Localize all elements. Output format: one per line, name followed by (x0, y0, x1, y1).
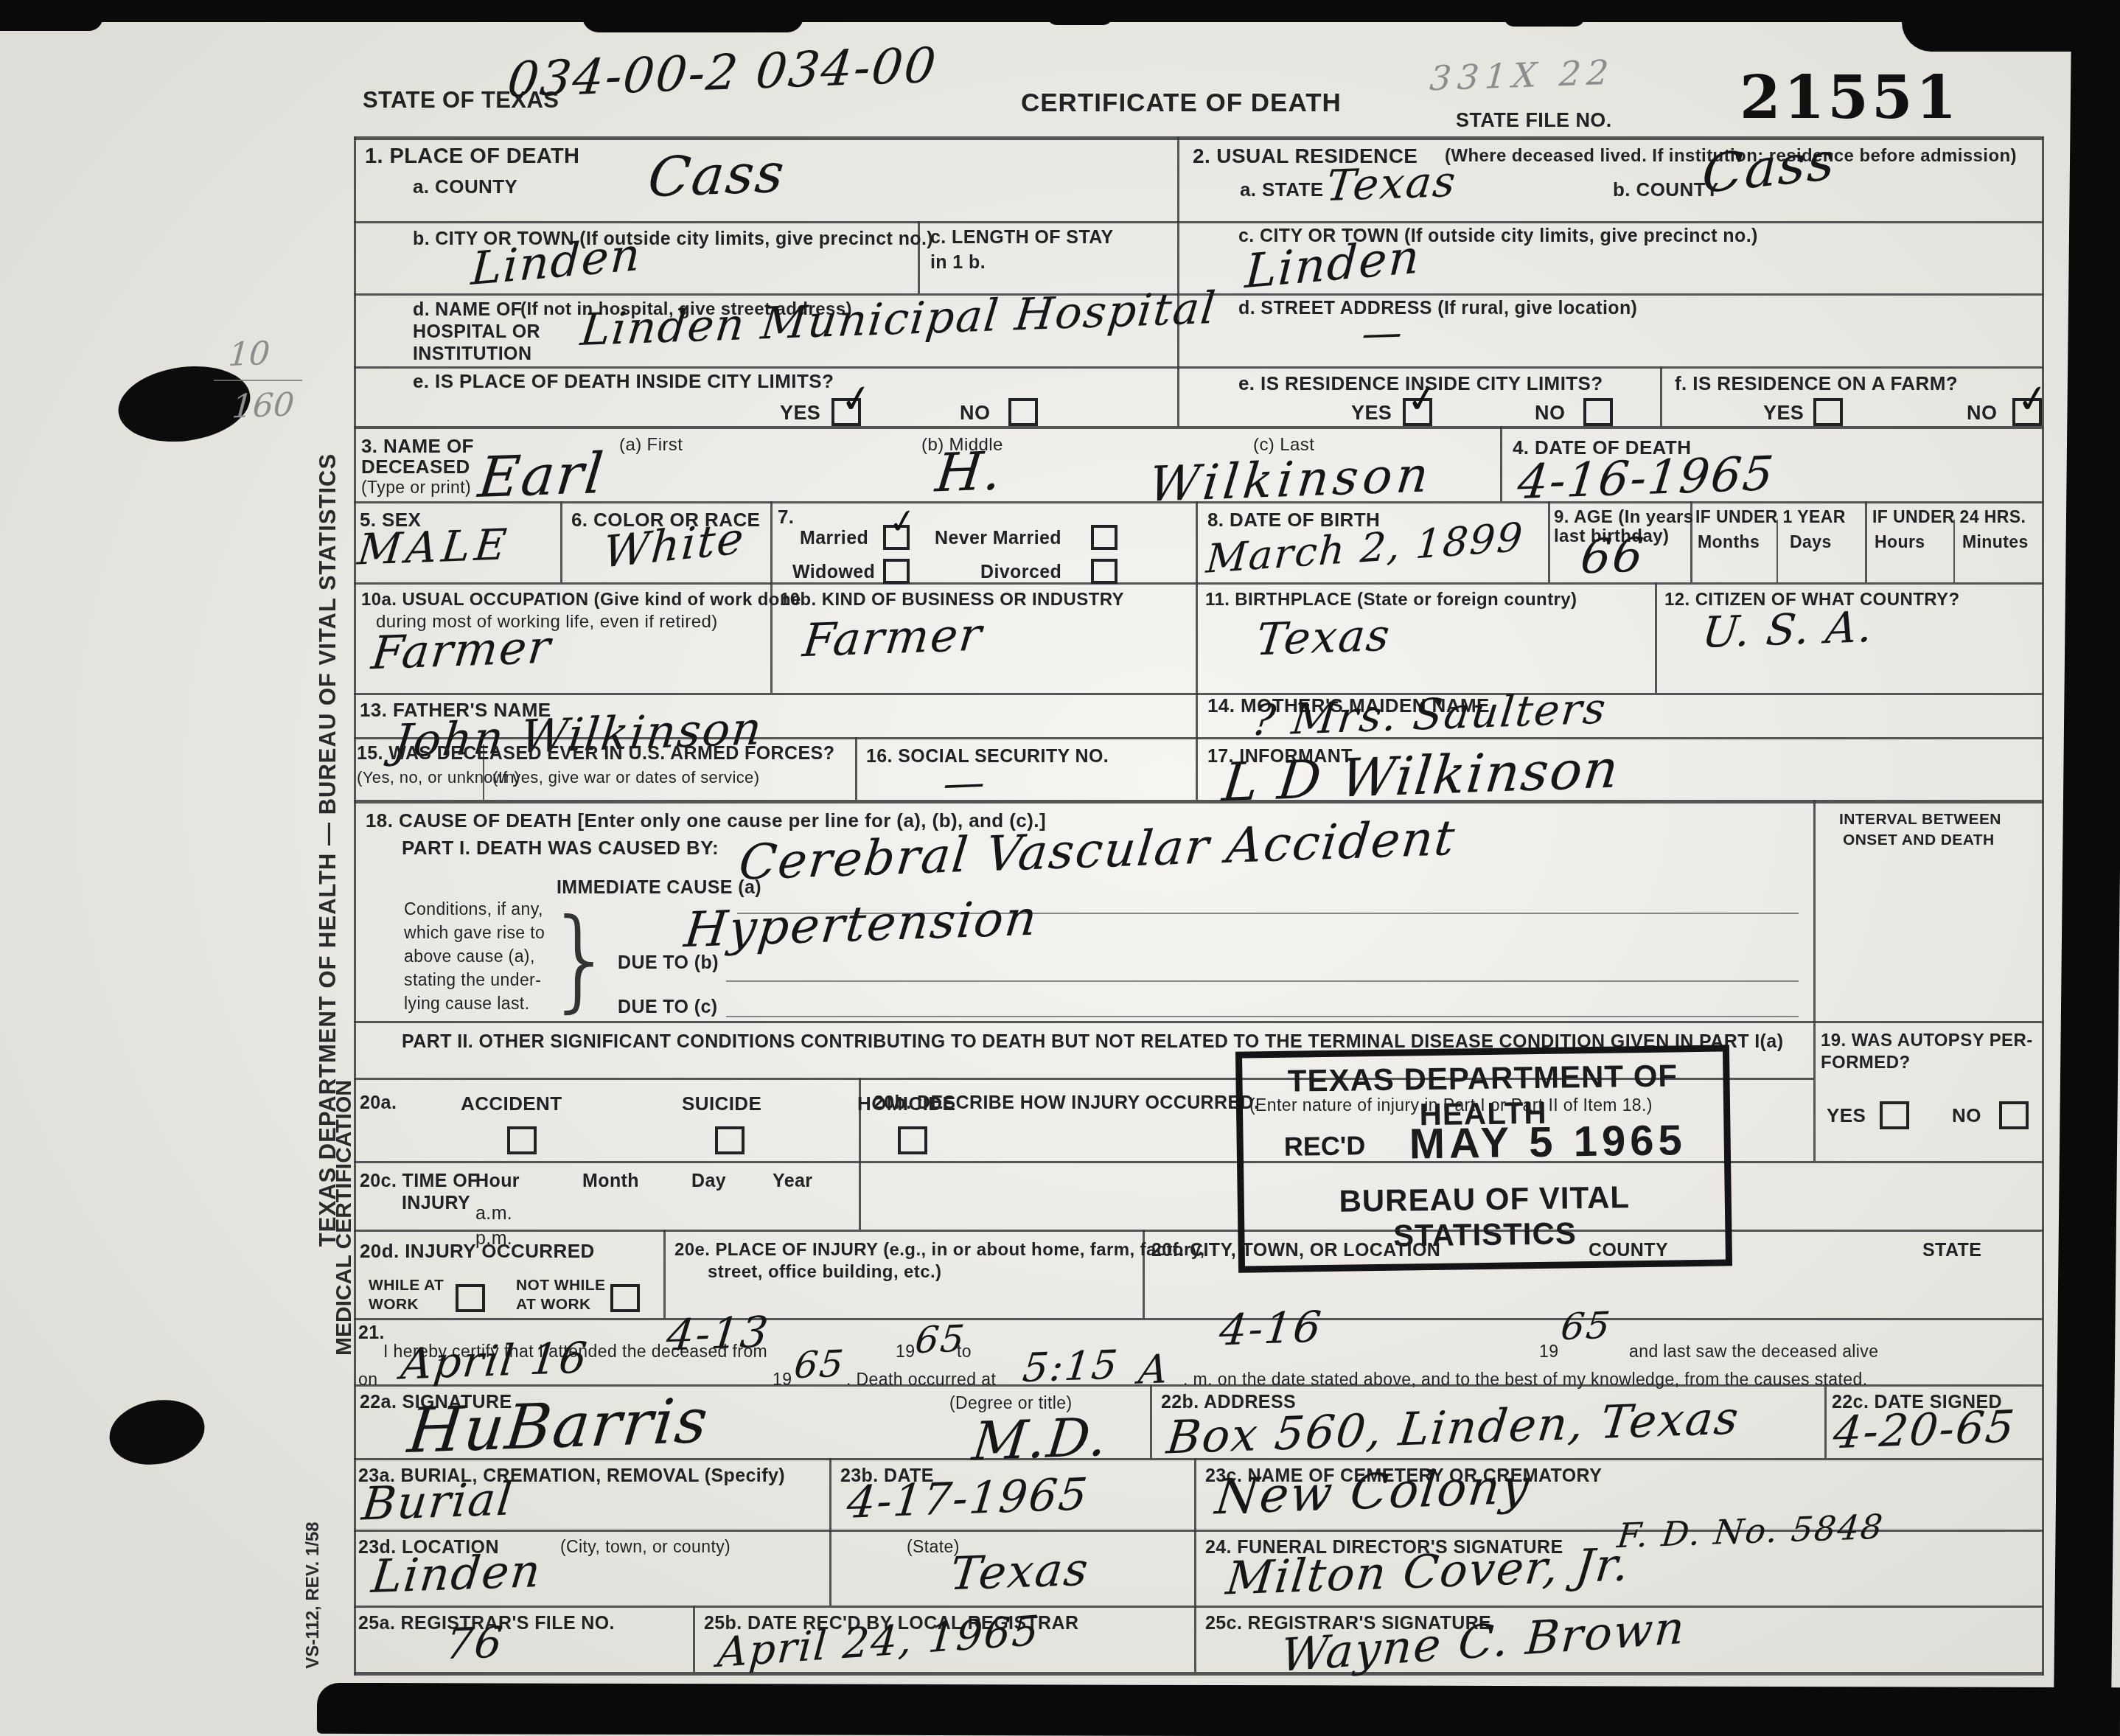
time-of-injury-label-1: 20c. TIME OF (360, 1171, 479, 1192)
stamp-recd-label: REC'D (1283, 1130, 1365, 1162)
place-of-injury-label-2: street, office building, etc.) (708, 1262, 941, 1283)
armed-forces-label: 15. WAS DECEASED EVER IN U.S. ARMED FORC… (357, 743, 834, 764)
to-label: to (957, 1342, 972, 1362)
injury-city-label: 20f. CITY, TOWN, OR LOCATION (1151, 1240, 1440, 1261)
item-20a-label: 20a. (360, 1092, 397, 1114)
location-value: Linden (369, 1544, 545, 1603)
residence-yes-check-mark: ✓ (1404, 375, 1442, 423)
year-prefix-3: 19 (773, 1370, 792, 1390)
divorced-label: Divorced (980, 562, 1061, 583)
residence-state-label: a. STATE (1240, 178, 1323, 201)
street-address-value: — (1360, 309, 1406, 357)
scan-edge-bottom (317, 1683, 2120, 1736)
autopsy-label-2: FORMED? (1821, 1053, 1910, 1073)
armed-forces-paren-2: (If yes, give war or dates of service) (492, 768, 759, 787)
month-label: Month (582, 1171, 639, 1192)
occupation-value: Farmer (369, 620, 554, 680)
autopsy-no-label: NO (1952, 1104, 1981, 1127)
burial-date-value: 4-17-1965 (845, 1468, 1092, 1528)
hour-label: Hour (475, 1171, 520, 1192)
months-label: Months (1698, 532, 1760, 552)
suicide-checkbox (715, 1126, 745, 1154)
hours-label: Hours (1875, 532, 1925, 552)
place-of-injury-label-1: 20e. PLACE OF INJURY (e.g., in or about … (674, 1240, 1205, 1261)
length-of-stay-label-2: in 1 b. (930, 252, 986, 273)
not-while-at-work-label-1: NOT WHILE (516, 1277, 605, 1294)
marital-item-label: 7. (778, 506, 794, 529)
last-name-value: Wilkinson (1146, 446, 1435, 512)
conditions-note-2: which gave rise to (404, 923, 545, 943)
residence-no-label: NO (1535, 402, 1565, 425)
while-at-work-label-2: WORK (369, 1296, 419, 1314)
farm-no-check-mark: ✓ (2014, 375, 2052, 423)
place-no-label: NO (960, 402, 990, 425)
place-no-checkbox (1008, 398, 1038, 426)
conditions-note-4: stating the under- (404, 970, 541, 990)
death-time-value: 5:15 (1020, 1342, 1120, 1391)
never-married-checkbox (1091, 525, 1117, 550)
citizen-value: U. S. A. (1700, 602, 1876, 658)
place-county-label: a. COUNTY (413, 175, 517, 198)
farm-label: f. IS RESIDENCE ON A FARM? (1675, 372, 1958, 395)
on-label: on (358, 1370, 377, 1390)
place-of-death-heading: 1. PLACE OF DEATH (365, 144, 579, 169)
farm-yes-label: YES (1763, 402, 1804, 425)
fd-number-value: F. D. No. 5848 (1615, 1507, 1886, 1556)
physician-signature: HuBarris (405, 1384, 713, 1467)
place-yes-label: YES (780, 402, 820, 425)
due-to-b-value: Hypertension (682, 890, 1041, 959)
residence-state-value: Texas (1324, 156, 1459, 211)
first-name-label: (a) First (619, 435, 683, 456)
deceased-label: DECEASED (361, 456, 470, 478)
ssn-value: — (941, 759, 988, 808)
due-to-c-label: DUE TO (c) (618, 997, 718, 1018)
first-name-value: Earl (475, 440, 608, 510)
scan-blob (0, 0, 103, 31)
scan-blob (1047, 0, 1113, 25)
place-county-value: Cass (645, 142, 789, 209)
state-file-number: 21551 (1740, 63, 1959, 132)
describe-injury-paren: (Enter nature of injury in Part I or Par… (1249, 1095, 1653, 1115)
accident-checkbox (507, 1126, 537, 1154)
farm-yes-checkbox (1813, 398, 1843, 426)
date-signed-value: 4-20-65 (1831, 1401, 2018, 1460)
death-certificate-scan: TEXAS DEPARTMENT OF HEALTH — BUREAU OF V… (0, 0, 2120, 1736)
accident-label: ACCIDENT (461, 1092, 562, 1115)
residence-no-checkbox (1583, 398, 1613, 426)
year-prefix-2: 19 (1539, 1342, 1558, 1362)
if-under-1-year-label: IF UNDER 1 YEAR (1695, 507, 1846, 527)
while-at-work-checkbox (456, 1284, 485, 1312)
name-of-label: 3. NAME OF (361, 435, 474, 458)
type-or-print-label: (Type or print) (361, 478, 471, 498)
certificate-title: CERTIFICATE OF DEATH (1021, 88, 1342, 118)
interval-label-2: ONSET AND DEATH (1843, 832, 1995, 849)
hospital-label-3: INSTITUTION (413, 344, 531, 365)
married-label: Married (800, 528, 868, 549)
injury-county-label: COUNTY (1589, 1240, 1668, 1261)
location-state-value: Texas (948, 1542, 1092, 1600)
widowed-label: Widowed (792, 562, 875, 583)
margin-fraction-denominator: 160 (231, 386, 296, 426)
attended-from-value: 4-13 (664, 1307, 772, 1361)
pencil-note: 331X 22 (1429, 52, 1616, 99)
street-address-label: d. STREET ADDRESS (If rural, give locati… (1238, 298, 1637, 319)
residence-county-value: Cass (1701, 130, 1838, 205)
autopsy-label-1: 19. WAS AUTOPSY PER- (1821, 1031, 2033, 1051)
divorced-checkbox (1091, 559, 1117, 584)
margin-fraction-numerator: 10 (227, 335, 271, 374)
autopsy-yes-label: YES (1827, 1104, 1866, 1127)
stamp-date: MAY 5 1965 (1409, 1115, 1687, 1168)
days-label: Days (1790, 532, 1832, 552)
middle-name-value: H. (932, 439, 1005, 503)
item-21-label: 21. (358, 1322, 385, 1344)
age-label: 9. AGE (In years (1554, 507, 1694, 528)
certify-text-2: and last saw the deceased alive (1629, 1342, 1878, 1362)
conditions-note-1: Conditions, if any, (404, 899, 543, 919)
not-while-at-work-label-2: AT WORK (516, 1296, 591, 1314)
medical-certification-vertical-label: MEDICAL CERTIFICATION (332, 1026, 357, 1409)
conditions-note-5: lying cause last. (404, 994, 529, 1014)
cemetery-value: New Colony (1213, 1458, 1533, 1526)
conditions-brace: } (545, 896, 616, 1024)
scan-blob (582, 0, 803, 32)
part1-label: PART I. DEATH WAS CAUSED BY: (402, 837, 719, 860)
burial-value: Burial (360, 1471, 516, 1530)
registrar-file-value: 76 (443, 1617, 506, 1670)
interval-label-1: INTERVAL BETWEEN (1839, 811, 2001, 829)
attended-to-value: 4-16 (1217, 1302, 1325, 1356)
year-prefix-1: 19 (896, 1342, 915, 1362)
injury-state-label: STATE (1922, 1240, 1981, 1261)
homicide-checkbox (898, 1126, 927, 1154)
year-label: Year (773, 1171, 812, 1192)
form-code-vertical-text: VS-112, REV. 1/58 (303, 1503, 324, 1687)
state-file-no-label: STATE FILE NO. (1456, 109, 1612, 132)
certify-text-3: . m. on the date stated above, and to th… (1183, 1370, 1868, 1390)
if-under-24-hrs-label: IF UNDER 24 HRS. (1872, 507, 2026, 527)
hospital-label-1: d. NAME OF (413, 299, 522, 321)
death-occurred-text: . Death occurred at (846, 1370, 996, 1390)
year-3-value: 65 (792, 1342, 847, 1387)
never-married-label: Never Married (935, 528, 1061, 549)
place-city-limits-label: e. IS PLACE OF DEATH INSIDE CITY LIMITS? (413, 370, 834, 393)
business-label: 10b. KIND OF BUSINESS OR INDUSTRY (780, 590, 1124, 610)
farm-no-label: NO (1967, 402, 1997, 425)
scan-edge-right (2054, 0, 2120, 1736)
autopsy-no-checkbox (1999, 1101, 2029, 1129)
length-of-stay-label: c. LENGTH OF STAY (930, 227, 1114, 248)
occupation-label: 10a. USUAL OCCUPATION (Give kind of work… (361, 590, 801, 610)
describe-injury-label: 20b. DESCRIBE HOW INJURY OCCURRED. (874, 1092, 1259, 1114)
minutes-label: Minutes (1962, 532, 2029, 552)
married-check-mark: ✓ (885, 500, 919, 543)
suicide-label: SUICIDE (682, 1092, 761, 1115)
business-value: Farmer (801, 607, 986, 667)
punch-hole (105, 1392, 210, 1471)
received-stamp: TEXAS DEPARTMENT OF HEALTH REC'D MAY 5 1… (1235, 1045, 1732, 1272)
residence-yes-label: YES (1351, 402, 1392, 425)
am-label: a.m. (475, 1203, 512, 1224)
birthplace-label: 11. BIRTHPLACE (State or foreign country… (1205, 590, 1577, 610)
year-2-value: 65 (1559, 1304, 1614, 1348)
day-label: Day (691, 1171, 726, 1192)
age-value: 66 (1578, 529, 1647, 585)
birthplace-value: Texas (1254, 610, 1393, 666)
not-while-at-work-checkbox (610, 1284, 640, 1312)
location-paren: (City, town, or county) (560, 1537, 731, 1557)
margin-fraction-bar (214, 380, 302, 381)
widowed-checkbox (883, 559, 910, 584)
sex-value: MALE (355, 519, 513, 574)
time-of-injury-label-2: INJURY (402, 1193, 470, 1214)
scan-blob (1504, 0, 1585, 27)
registration-code-handwritten: 034-00-2 034-00 (505, 37, 940, 108)
last-seen-date-value: April 16 (399, 1333, 590, 1390)
state-paren: (State) (907, 1537, 960, 1557)
autopsy-yes-checkbox (1880, 1101, 1909, 1129)
injury-occurred-label: 20d. INJURY OCCURRED (360, 1240, 595, 1263)
degree-value: M.D. (969, 1406, 1111, 1472)
hospital-label-2: HOSPITAL OR (413, 321, 540, 343)
while-at-work-label-1: WHILE AT (369, 1277, 444, 1294)
conditions-note-3: above cause (a), (404, 947, 535, 966)
date-of-death-value: 4-16-1965 (1515, 447, 1777, 510)
place-yes-check-mark: ✓ (837, 375, 876, 423)
death-ampm-value: A (1137, 1345, 1172, 1392)
